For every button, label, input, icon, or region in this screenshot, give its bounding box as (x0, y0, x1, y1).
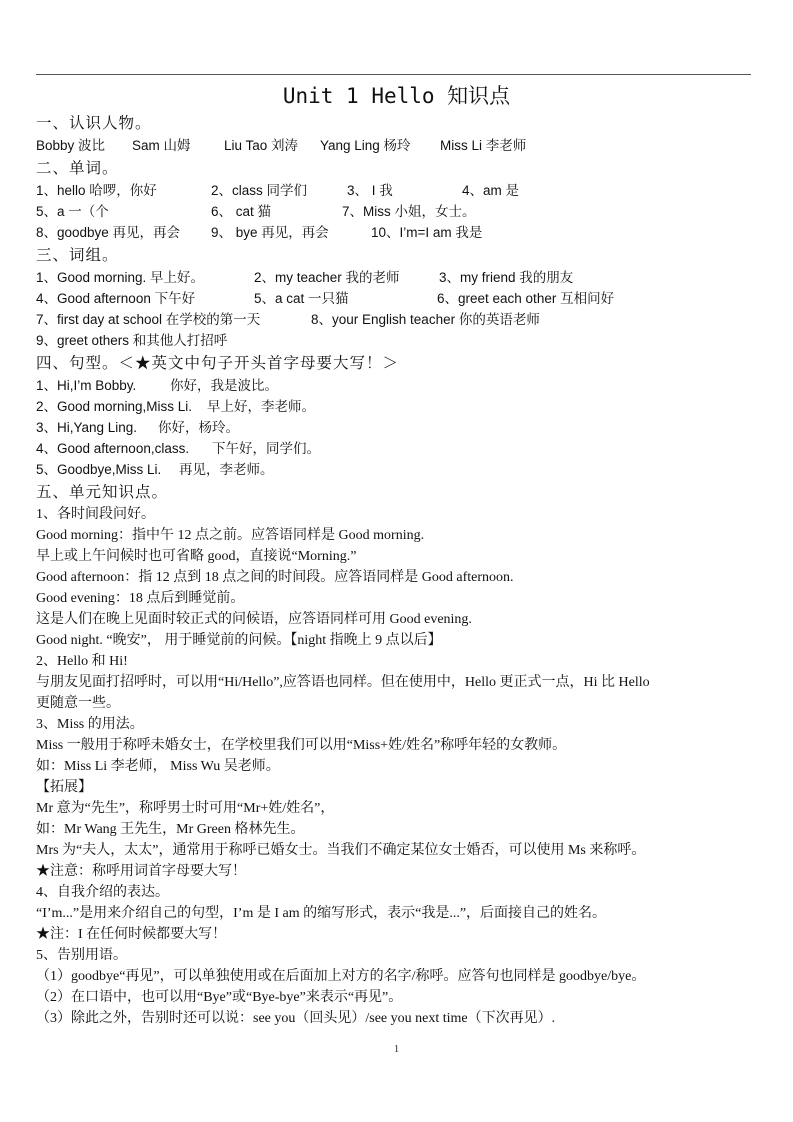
sentence-zh: 你好，我是波比。 (170, 376, 278, 396)
phrases-row-3: 7、first day at school 在学校的第一天8、your Engl… (36, 310, 540, 330)
sentence-row: 5、Goodbye,Miss Li.再见，李老师。 (36, 460, 274, 480)
section-heading-sentences: 四、句型。＜★英文中句子开头首字母要大写！＞ (36, 352, 399, 374)
person-sam: Sam 山姆 (132, 136, 224, 156)
word-item: 5、a 一（个 (36, 202, 211, 222)
knowledge-line: ★注意：称呼用词首字母要大写！ (36, 862, 246, 882)
knowledge-line: 早上或上午问候时也可省略 good，直接说“Morning.” (36, 547, 356, 567)
phrase-item: 6、greet each other 互相问好 (437, 289, 614, 309)
phrase-item: 5、a cat 一只猫 (254, 289, 437, 309)
knowledge-line: 【拓展】 (36, 778, 92, 798)
document-page: Unit 1 Hello 知识点 一、认识人物。 Bobby 波比Sam 山姆L… (0, 0, 793, 1122)
phrases-row-1: 1、Good morning. 早上好。2、my teacher 我的老师3、m… (36, 268, 573, 288)
sentence-zh: 再见，李老师。 (179, 460, 274, 480)
sentence-row: 2、Good morning,Miss Li.早上好，李老师。 (36, 397, 315, 417)
knowledge-line: 如：Mr Wang 王先生，Mr Green 格林先生。 (36, 820, 304, 840)
person-yang-ling: Yang Ling 杨玲 (320, 136, 440, 156)
knowledge-line: 与朋友见面打招呼时，可以用“Hi/Hello”,应答语也同样。但在使用中，Hel… (36, 673, 650, 693)
knowledge-line: 更随意一些。 (36, 694, 120, 714)
people-row: Bobby 波比Sam 山姆Liu Tao 刘涛Yang Ling 杨玲Miss… (36, 136, 526, 156)
sentence-row: 4、Good afternoon,class.下午好，同学们。 (36, 439, 320, 459)
phrase-item: 3、my friend 我的朋友 (439, 268, 573, 288)
word-item: 10、I’m=I am 我是 (371, 223, 482, 243)
person-bobby: Bobby 波比 (36, 136, 132, 156)
page-number: 1 (0, 1043, 793, 1055)
words-row-1: 1、hello 哈啰，你好2、class 同学们3、 I 我4、am 是 (36, 181, 519, 201)
section-heading-words: 二、单词。 (36, 157, 119, 179)
phrase-item: 8、your English teacher 你的英语老师 (311, 310, 540, 330)
word-item: 4、am 是 (462, 181, 519, 201)
word-item: 8、goodbye 再见，再会 (36, 223, 211, 243)
knowledge-line: （3）除此之外，告别时还可以说：see you（回头见）/see you nex… (36, 1009, 555, 1029)
sentence-en: 4、Good afternoon,class. (36, 439, 212, 459)
phrase-item: 9、greet others 和其他人打招呼 (36, 331, 227, 351)
word-item: 1、hello 哈啰，你好 (36, 181, 211, 201)
sentence-en: 5、Goodbye,Miss Li. (36, 460, 179, 480)
sentence-zh: 你好，杨玲。 (158, 418, 239, 438)
sentence-en: 3、Hi,Yang Ling. (36, 418, 158, 438)
word-item: 9、 bye 再见，再会 (211, 223, 371, 243)
header-rule (36, 74, 751, 75)
phrase-item: 2、my teacher 我的老师 (254, 268, 439, 288)
knowledge-line: 2、Hello 和 Hi! (36, 652, 128, 672)
knowledge-line: 如：Miss Li 李老师， Miss Wu 吴老师。 (36, 757, 280, 777)
sentence-row: 1、Hi,I’m Bobby.你好，我是波比。 (36, 376, 278, 396)
section-heading-knowledge: 五、单元知识点。 (36, 481, 168, 503)
knowledge-line: （2）在口语中，也可以用“Bye”或“Bye-bye”来表示“再见”。 (36, 988, 402, 1008)
knowledge-line: Good night. “晚安”， 用于睡觉前的问候。【night 指晚上 9 … (36, 631, 442, 651)
knowledge-line: Good afternoon：指 12 点到 18 点之间的时间段。应答语同样是… (36, 568, 514, 588)
knowledge-line: Mrs 为“夫人，太太”，通常用于称呼已婚女士。当我们不确定某位女士婚否，可以使… (36, 841, 645, 861)
word-item: 3、 I 我 (347, 181, 462, 201)
sentence-en: 2、Good morning,Miss Li. (36, 397, 207, 417)
person-miss-li: Miss Li 李老师 (440, 136, 526, 156)
knowledge-line: Good evening：18 点后到睡觉前。 (36, 589, 244, 609)
phrases-row-4: 9、greet others 和其他人打招呼 (36, 331, 227, 351)
word-item: 2、class 同学们 (211, 181, 347, 201)
word-item: 7、Miss 小姐，女士。 (342, 202, 476, 222)
sentence-zh: 下午好，同学们。 (212, 439, 320, 459)
knowledge-line: Good morning：指中午 12 点之前。应答语同样是 Good morn… (36, 526, 424, 546)
knowledge-line: 3、Miss 的用法。 (36, 715, 144, 735)
document-title: Unit 1 Hello 知识点 (0, 82, 793, 110)
sentence-zh: 早上好，李老师。 (207, 397, 315, 417)
knowledge-line: 这是人们在晚上见面时较正式的问候语，应答语同样可用 Good evening. (36, 610, 472, 630)
section-heading-phrases: 三、词组。 (36, 244, 119, 266)
knowledge-line: ★注：I 在任何时候都要大写！ (36, 925, 226, 945)
knowledge-line: 1、各时间段问好。 (36, 505, 155, 525)
knowledge-line: Mr 意为“先生”，称呼男士时可用“Mr+姓/姓名”， (36, 799, 334, 819)
words-row-2: 5、a 一（个6、 cat 猫7、Miss 小姐，女士。 (36, 202, 476, 222)
words-row-3: 8、goodbye 再见，再会9、 bye 再见，再会10、I’m=I am 我… (36, 223, 482, 243)
phrase-item: 7、first day at school 在学校的第一天 (36, 310, 311, 330)
knowledge-line: “I’m...”是用来介绍自己的句型，I’m 是 I am 的缩写形式，表示“我… (36, 904, 606, 924)
sentence-row: 3、Hi,Yang Ling.你好，杨玲。 (36, 418, 239, 438)
section-heading-people: 一、认识人物。 (36, 112, 152, 134)
person-liu-tao: Liu Tao 刘涛 (224, 136, 320, 156)
phrase-item: 1、Good morning. 早上好。 (36, 268, 254, 288)
knowledge-line: Miss 一般用于称呼未婚女士，在学校里我们可以用“Miss+姓/姓名”称呼年轻… (36, 736, 566, 756)
knowledge-line: 4、自我介绍的表达。 (36, 883, 169, 903)
phrases-row-2: 4、Good afternoon 下午好5、a cat 一只猫6、greet e… (36, 289, 614, 309)
sentence-en: 1、Hi,I’m Bobby. (36, 376, 170, 396)
knowledge-line: （1）goodbye“再见”，可以单独使用或在后面加上对方的名字/称呼。应答句也… (36, 967, 645, 987)
knowledge-line: 5、告别用语。 (36, 946, 127, 966)
word-item: 6、 cat 猫 (211, 202, 342, 222)
phrase-item: 4、Good afternoon 下午好 (36, 289, 254, 309)
